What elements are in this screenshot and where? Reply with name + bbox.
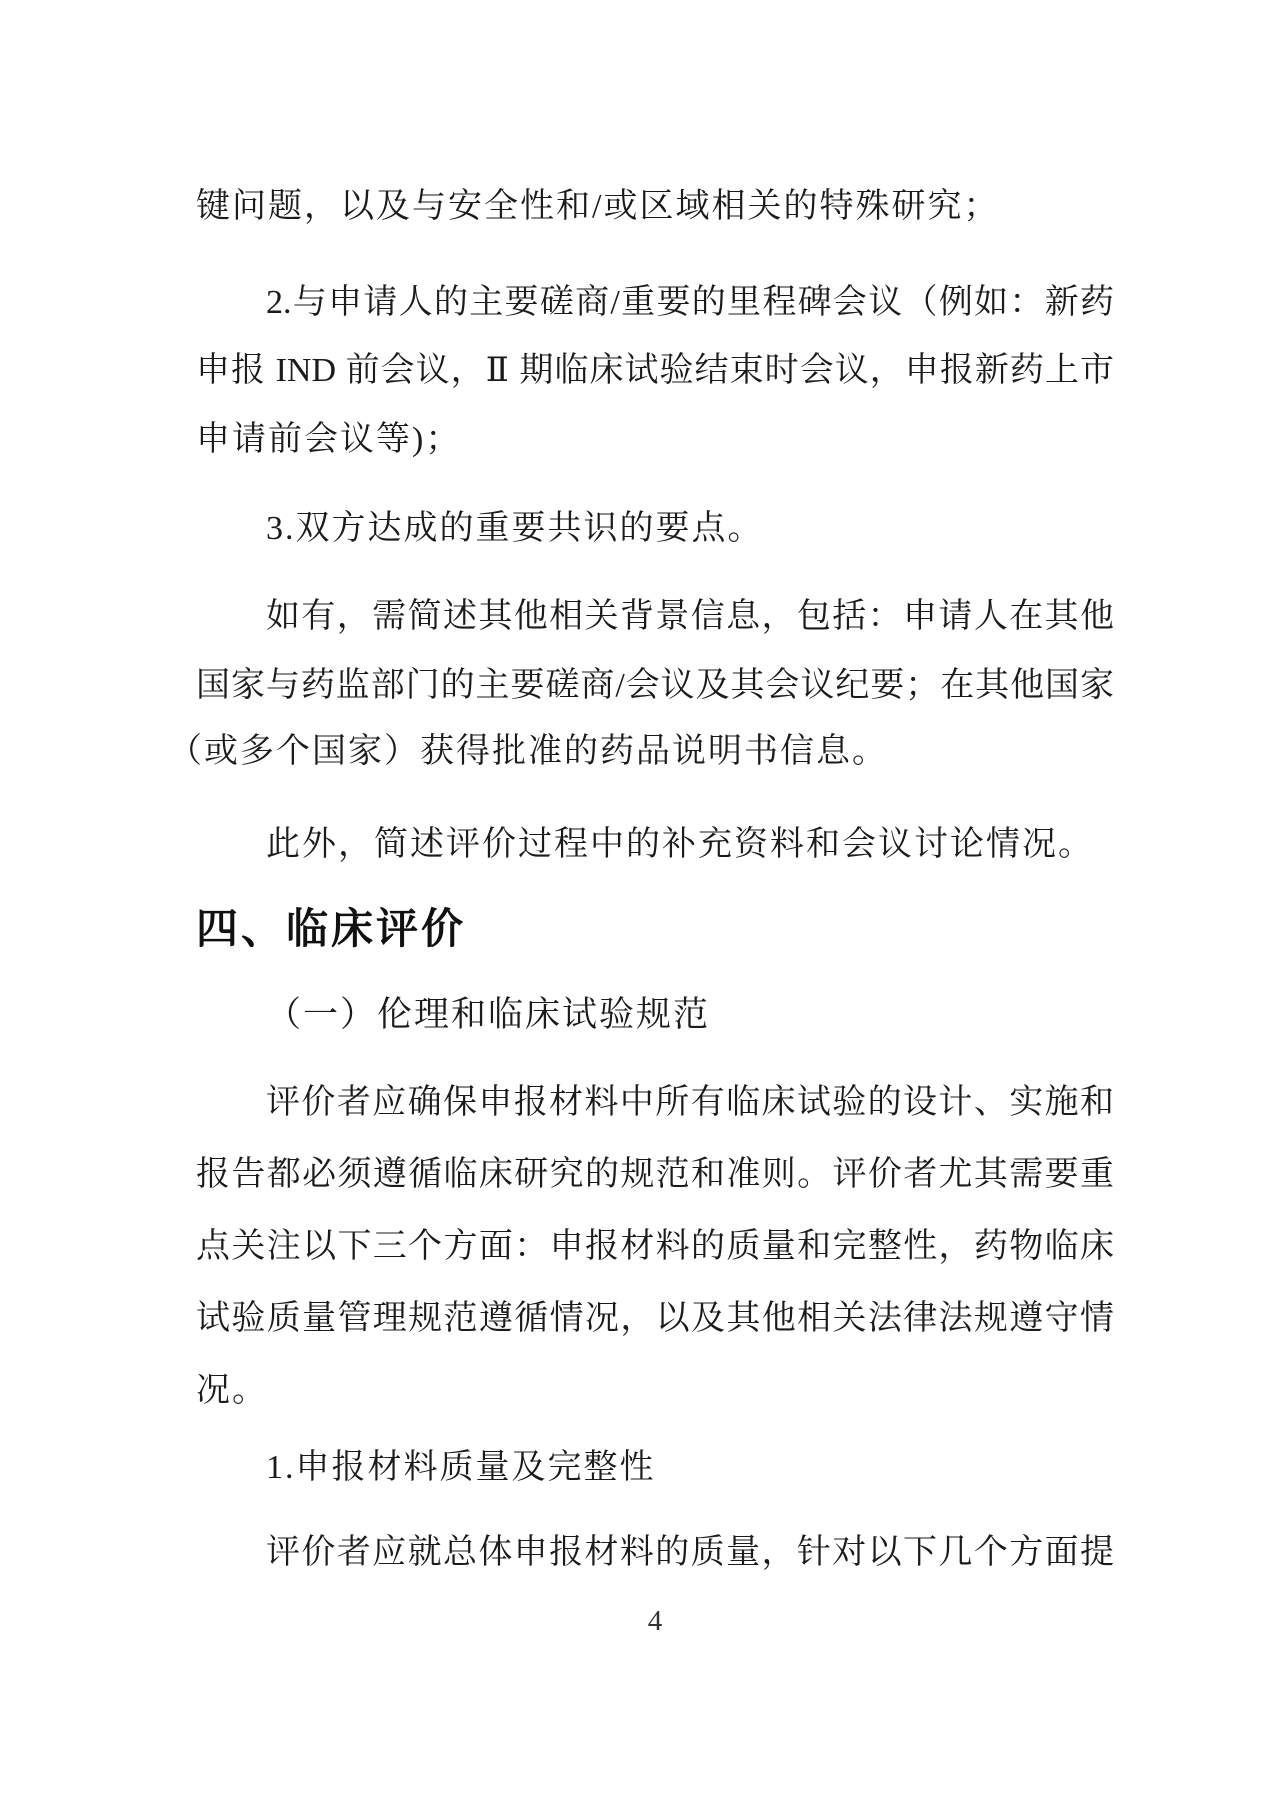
text-line: 如有，需简述其他相关背景信息，包括：申请人在其他 [266, 594, 1114, 640]
numbered-heading-dossier-quality: 1.申报材料质量及完整性 [266, 1445, 656, 1491]
text-line: 报告都必须遵循临床研究的规范和准则。评价者尤其需要重 [196, 1152, 1114, 1198]
text-line-list-item-2: 2.与申请人的主要磋商/重要的里程碑会议（例如：新药 [266, 280, 1114, 326]
text-line: 国家与药监部门的主要磋商/会议及其会议纪要；在其他国家 [196, 663, 1114, 709]
text-line: 申请前会议等)； [196, 417, 461, 463]
text-line: 键问题，以及与安全性和/或区域相关的特殊研究； [196, 184, 999, 230]
text-line: 申报 IND 前会议，Ⅱ 期临床试验结束时会议，申报新药上市 [196, 348, 1114, 394]
text-line: 评价者应就总体申报材料的质量，针对以下几个方面提 [266, 1530, 1114, 1576]
text-line-list-item-3: 3.双方达成的重要共识的要点。 [266, 506, 764, 552]
text-line: 此外，简述评价过程中的补充资料和会议讨论情况。 [266, 822, 1094, 868]
text-line: 试验质量管理规范遵循情况，以及其他相关法律法规遵守情 [196, 1296, 1114, 1342]
page: 键问题，以及与安全性和/或区域相关的特殊研究； 2.与申请人的主要磋商/重要的里… [0, 0, 1280, 1810]
text-line: 况。 [196, 1368, 268, 1414]
text-line: 点关注以下三个方面：申报材料的质量和完整性，药物临床 [196, 1224, 1114, 1270]
text-line: （或多个国家）获得批准的药品说明书信息。 [168, 729, 888, 775]
subsection-heading-ethics-and-gcp: （一）伦理和临床试验规范 [266, 992, 710, 1038]
text-line: 评价者应确保申报材料中所有临床试验的设计、实施和 [266, 1080, 1114, 1126]
page-number: 4 [196, 1604, 1114, 1638]
section-heading-clinical-evaluation: 四、临床评价 [196, 904, 466, 954]
